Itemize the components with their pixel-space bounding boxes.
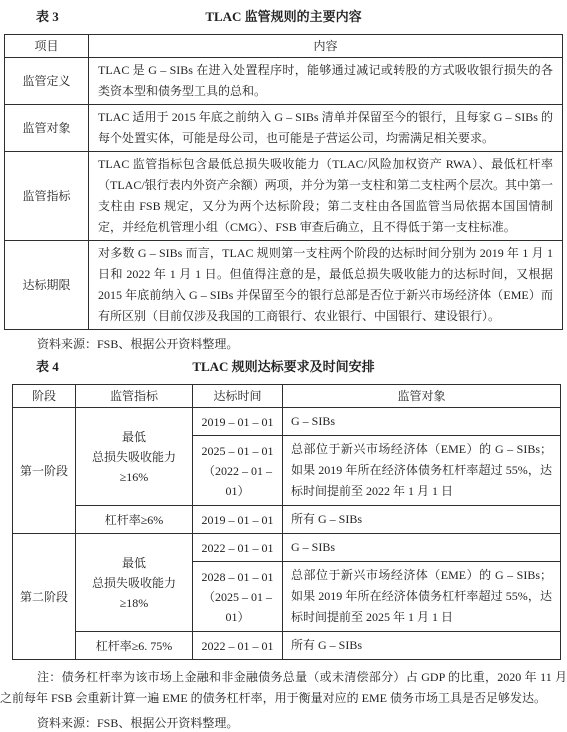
deadline-date: 2025 – 01 – 01 bbox=[196, 441, 279, 461]
indicator-line2: 总损失吸收能力≥18% bbox=[79, 573, 189, 613]
table3: 项目 内容 监管定义 TLAC 是 G – SIBs 在进入处置程序时，能够通过… bbox=[4, 34, 563, 330]
target-cell: G – SIBs bbox=[283, 408, 561, 436]
table-row: 监管指标 TLAC 监管指标包含最低总损失吸收能力（TLAC/风险加权资产 RW… bbox=[5, 152, 563, 241]
table4-caption-label: 表 4 bbox=[36, 358, 59, 376]
deadline-cell: 2022 – 01 – 01 bbox=[193, 632, 283, 660]
indicator-line2: 总损失吸收能力≥16% bbox=[79, 447, 189, 487]
stage2-tlac-indicator-cell: 最低 总损失吸收能力≥18% bbox=[76, 534, 193, 632]
table3-caption-title: TLAC 监管规则的主要内容 bbox=[205, 9, 361, 24]
table3-header-item: 项目 bbox=[5, 35, 89, 58]
table-row: 第一阶段 最低 总损失吸收能力≥16% 2019 – 01 – 01 G – S… bbox=[13, 408, 561, 436]
stage2-name-cell: 第二阶段 bbox=[13, 534, 76, 660]
table4: 阶段 监管指标 达标时间 监管对象 第一阶段 最低 总损失吸收能力≥16% 20… bbox=[12, 384, 561, 660]
target-cell: 所有 G – SIBs bbox=[283, 632, 561, 660]
target-cell: 总部位于新兴市场经济体（EME）的 G – SIBs；如果 2019 年所在经济… bbox=[283, 436, 561, 506]
deadline-date-alt: （2022 – 01 – 01） bbox=[196, 461, 279, 501]
table3-header-row: 项目 内容 bbox=[5, 35, 563, 58]
deadline-cell: 2025 – 01 – 01 （2022 – 01 – 01） bbox=[193, 436, 283, 506]
indicator-line1: 最低 bbox=[79, 553, 189, 573]
table3-caption: 表 3 TLAC 监管规则的主要内容 bbox=[0, 8, 567, 26]
table4-caption-title: TLAC 规则达标要求及时间安排 bbox=[192, 359, 374, 374]
target-cell: 所有 G – SIBs bbox=[283, 506, 561, 534]
table-row: 第二阶段 最低 总损失吸收能力≥18% 2022 – 01 – 01 G – S… bbox=[13, 534, 561, 562]
table3-content-cell: TLAC 监管指标包含最低总损失吸收能力（TLAC/风险加权资产 RWA）、最低… bbox=[89, 152, 563, 241]
table-row: 达标期限 对多数 G – SIBs 而言，TLAC 规则第一支柱两个阶段的达标时… bbox=[5, 241, 563, 330]
table4-header-row: 阶段 监管指标 达标时间 监管对象 bbox=[13, 385, 561, 408]
table4-caption: 表 4 TLAC 规则达标要求及时间安排 bbox=[0, 358, 567, 376]
table-row: 监管定义 TLAC 是 G – SIBs 在进入处置程序时，能够通过减记或转股的… bbox=[5, 58, 563, 105]
table-row: 杠杆率≥6. 75% 2022 – 01 – 01 所有 G – SIBs bbox=[13, 632, 561, 660]
table4-header-stage: 阶段 bbox=[13, 385, 76, 408]
table3-caption-label: 表 3 bbox=[36, 8, 59, 26]
target-cell: 总部位于新兴市场经济体（EME）的 G – SIBs；如果 2019 年所在经济… bbox=[283, 562, 561, 632]
deadline-cell: 2019 – 01 – 01 bbox=[193, 506, 283, 534]
deadline-cell: 2019 – 01 – 01 bbox=[193, 408, 283, 436]
table3-content-cell: TLAC 是 G – SIBs 在进入处置程序时，能够通过减记或转股的方式吸收银… bbox=[89, 58, 563, 105]
stage1-tlac-indicator-cell: 最低 总损失吸收能力≥16% bbox=[76, 408, 193, 506]
stage1-name-cell: 第一阶段 bbox=[13, 408, 76, 534]
table3-item-cell: 监管指标 bbox=[5, 152, 89, 241]
table4-source-note: 资料来源：FSB、根据公开资料整理。 bbox=[0, 715, 567, 732]
table3-item-cell: 监管定义 bbox=[5, 58, 89, 105]
table-row: 杠杆率≥6% 2019 – 01 – 01 所有 G – SIBs bbox=[13, 506, 561, 534]
table4-header-target: 监管对象 bbox=[283, 385, 561, 408]
table3-source-note: 资料来源：FSB、根据公开资料整理。 bbox=[0, 336, 567, 353]
table3-item-cell: 监管对象 bbox=[5, 105, 89, 152]
deadline-date: 2028 – 01 – 01 bbox=[196, 567, 279, 587]
table3-item-cell: 达标期限 bbox=[5, 241, 89, 330]
stage2-leverage-indicator-cell: 杠杆率≥6. 75% bbox=[76, 632, 193, 660]
table4-header-indicator: 监管指标 bbox=[76, 385, 193, 408]
document-page: 表 3 TLAC 监管规则的主要内容 项目 内容 监管定义 TLAC 是 G –… bbox=[0, 0, 567, 732]
table3-content-cell: TLAC 适用于 2015 年底之前纳入 G – SIBs 清单并保留至今的银行… bbox=[89, 105, 563, 152]
table-row: 监管对象 TLAC 适用于 2015 年底之前纳入 G – SIBs 清单并保留… bbox=[5, 105, 563, 152]
table4-footnote: 注：债务杠杆率为该市场上金融和非金融债务总量（或未清偿部分）占 GDP 的比重，… bbox=[0, 667, 567, 709]
deadline-date-alt: （2025 – 01 – 01） bbox=[196, 587, 279, 627]
deadline-cell: 2022 – 01 – 01 bbox=[193, 534, 283, 562]
stage1-leverage-indicator-cell: 杠杆率≥6% bbox=[76, 506, 193, 534]
table4-header-time: 达标时间 bbox=[193, 385, 283, 408]
table3-header-content: 内容 bbox=[89, 35, 563, 58]
table3-content-cell: 对多数 G – SIBs 而言，TLAC 规则第一支柱两个阶段的达标时间分别为 … bbox=[89, 241, 563, 330]
indicator-line1: 最低 bbox=[79, 427, 189, 447]
deadline-cell: 2028 – 01 – 01 （2025 – 01 – 01） bbox=[193, 562, 283, 632]
target-cell: G – SIBs bbox=[283, 534, 561, 562]
